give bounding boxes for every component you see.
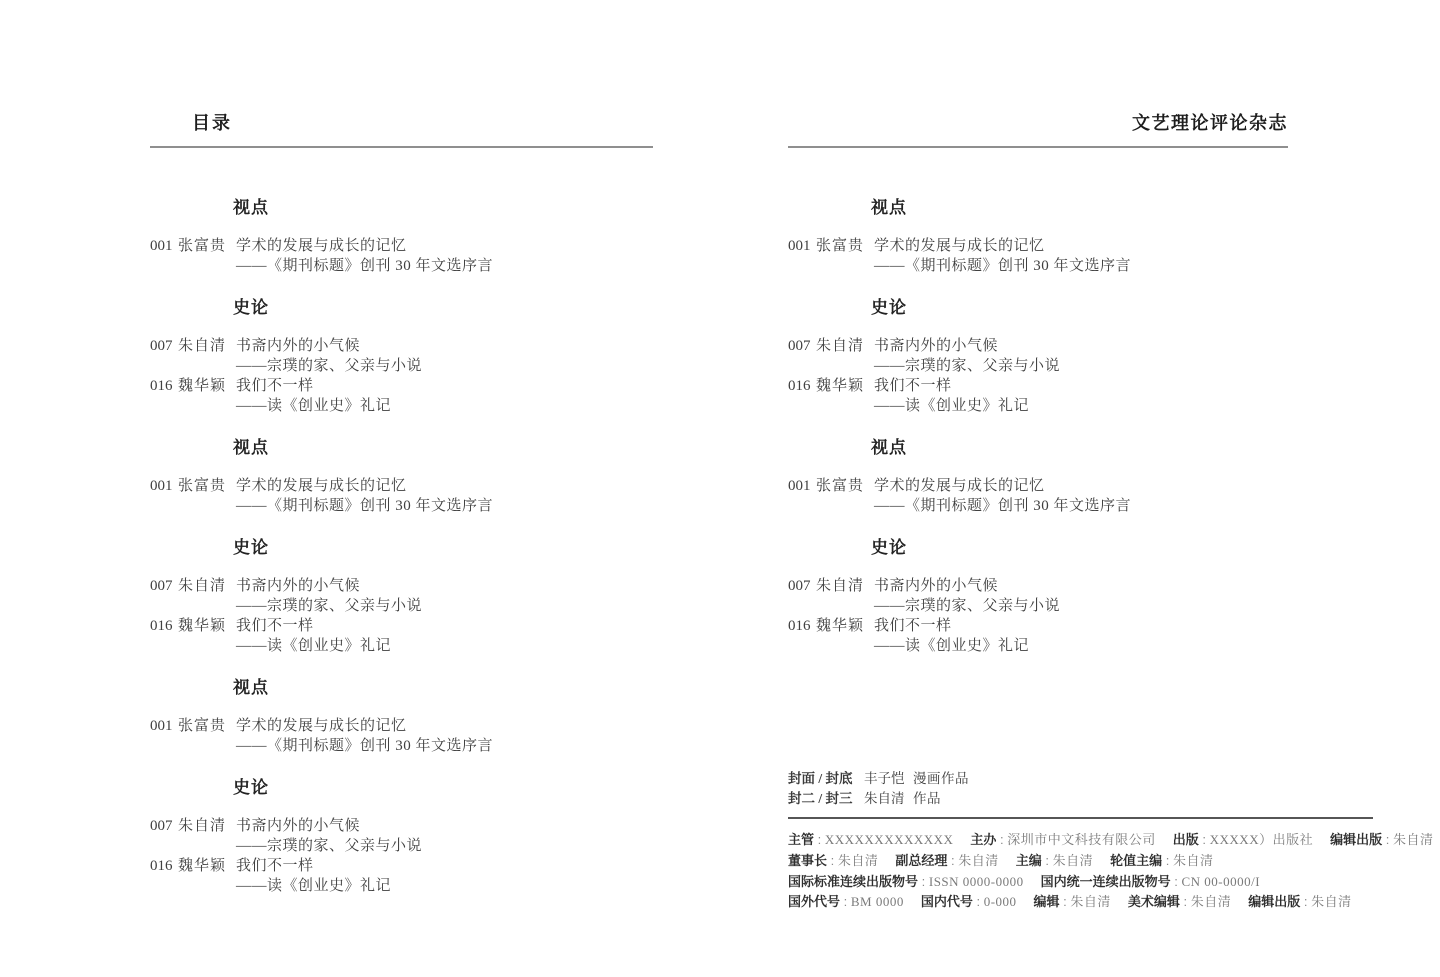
- toc-section-heading: 视点: [233, 196, 653, 220]
- entry-author: 魏华颖: [816, 616, 874, 636]
- masthead-value: BM 0000: [851, 892, 904, 913]
- entry-subtitle: ——宗璞的家、父亲与小说: [874, 596, 1291, 616]
- toc-section-heading: 史论: [233, 296, 653, 320]
- entry-author: 张富贵: [178, 476, 236, 496]
- masthead-label: 国内代号: [921, 892, 984, 913]
- left-page-header: 目录: [150, 112, 653, 148]
- toc-section: 视点 001 张富贵 学术的发展与成长的记忆 ——《期刊标题》创刊 30 年文选…: [150, 676, 653, 756]
- masthead-row: 国际标准连续出版物号ISSN 0000-0000 国内统一连续出版物号CN 00…: [788, 872, 1373, 893]
- masthead-value: XXXXXXXXXXXXX: [825, 830, 954, 851]
- right-page-header: 文艺理论评论杂志: [788, 112, 1288, 148]
- toc-left-column: 视点 001 张富贵 学术的发展与成长的记忆 ——《期刊标题》创刊 30 年文选…: [150, 148, 653, 896]
- entry-title: 学术的发展与成长的记忆: [236, 236, 653, 256]
- entry-page-number: 016: [150, 856, 178, 876]
- toc-entry: 016 魏华颖 我们不一样 ——读《创业史》礼记: [150, 856, 653, 896]
- masthead-label: 副总经理: [895, 851, 958, 872]
- covers-row: 封二 / 封三 朱自清 作品: [788, 789, 969, 809]
- entry-title: 书斋内外的小气候: [874, 576, 1291, 596]
- entry-title: 书斋内外的小气候: [236, 336, 653, 356]
- entry-author: 朱自清: [178, 816, 236, 836]
- toc-entry: 007 朱自清 书斋内外的小气候 ——宗璞的家、父亲与小说: [788, 336, 1291, 376]
- masthead-value: 深圳市中文科技有限公司: [1007, 830, 1156, 851]
- masthead-label: 主编: [1016, 851, 1053, 872]
- masthead-row: 主管XXXXXXXXXXXXX 主办深圳市中文科技有限公司 出版XXXXX）出版…: [788, 830, 1373, 851]
- entry-subtitle: ——《期刊标题》创刊 30 年文选序言: [874, 496, 1291, 516]
- masthead-item: 董事长朱自清: [788, 851, 878, 872]
- entry-author: 朱自清: [178, 576, 236, 596]
- entry-author: 魏华颖: [178, 616, 236, 636]
- masthead-row: 国外代号BM 0000 国内代号0-000 编辑朱自清 美术编辑朱自清 编辑出版…: [788, 892, 1373, 913]
- entry-title: 我们不一样: [874, 616, 1291, 636]
- entry-author: 朱自清: [178, 336, 236, 356]
- toc-entry: 016 魏华颖 我们不一样 ——读《创业史》礼记: [150, 376, 653, 416]
- entry-subtitle: ——宗璞的家、父亲与小说: [236, 596, 653, 616]
- masthead-item: 编辑朱自清: [1034, 892, 1111, 913]
- entry-author: 魏华颖: [816, 376, 874, 396]
- entry-page-number: 001: [788, 236, 816, 256]
- entry-subtitle: ——宗璞的家、父亲与小说: [236, 836, 653, 856]
- masthead-label: 出版: [1173, 830, 1210, 851]
- entry-subtitle: ——读《创业史》礼记: [236, 876, 653, 896]
- entry-title: 我们不一样: [236, 616, 653, 636]
- toc-section-heading: 史论: [233, 536, 653, 560]
- entry-author: 魏华颖: [178, 376, 236, 396]
- masthead-value: 朱自清: [1191, 892, 1232, 913]
- toc-section-heading: 史论: [871, 536, 1291, 560]
- cover-work-title: 作品: [913, 789, 941, 809]
- entry-author: 张富贵: [178, 236, 236, 256]
- entry-page-number: 016: [150, 616, 178, 636]
- entry-subtitle: ——宗璞的家、父亲与小说: [874, 356, 1291, 376]
- masthead-item: 国际标准连续出版物号ISSN 0000-0000: [788, 872, 1024, 893]
- entry-page-number: 001: [150, 716, 178, 736]
- masthead-label: 主管: [788, 830, 825, 851]
- cover-position-label: 封面 / 封底: [788, 769, 864, 789]
- toc-entry: 016 魏华颖 我们不一样 ——读《创业史》礼记: [788, 376, 1291, 416]
- entry-title: 书斋内外的小气候: [236, 576, 653, 596]
- masthead-value: 朱自清: [1070, 892, 1111, 913]
- entry-subtitle: ——读《创业史》礼记: [874, 396, 1291, 416]
- toc-entry: 007 朱自清 书斋内外的小气候 ——宗璞的家、父亲与小说: [150, 336, 653, 376]
- entry-page-number: 007: [150, 816, 178, 836]
- masthead-value: 朱自清: [1053, 851, 1094, 872]
- entry-subtitle: ——读《创业史》礼记: [874, 636, 1291, 656]
- entry-subtitle: ——《期刊标题》创刊 30 年文选序言: [874, 256, 1291, 276]
- entry-page-number: 016: [788, 616, 816, 636]
- masthead-label: 编辑: [1034, 892, 1071, 913]
- masthead-label: 轮值主编: [1110, 851, 1173, 872]
- entry-title: 学术的发展与成长的记忆: [874, 236, 1291, 256]
- masthead-label: 主办: [970, 830, 1007, 851]
- masthead-value: 朱自清: [1393, 830, 1434, 851]
- cover-author: 朱自清: [864, 789, 913, 809]
- toc-section-heading: 视点: [233, 436, 653, 460]
- masthead-item: 主编朱自清: [1016, 851, 1093, 872]
- entry-page-number: 001: [788, 476, 816, 496]
- toc-section: 视点 001 张富贵 学术的发展与成长的记忆 ——《期刊标题》创刊 30 年文选…: [788, 196, 1291, 276]
- toc-section: 视点 001 张富贵 学术的发展与成长的记忆 ——《期刊标题》创刊 30 年文选…: [150, 436, 653, 516]
- toc-right-column: 视点 001 张富贵 学术的发展与成长的记忆 ——《期刊标题》创刊 30 年文选…: [788, 148, 1291, 656]
- magazine-toc-spread: 目录 文艺理论评论杂志 视点 001 张富贵 学术的发展与成长的记忆 ——《期刊…: [0, 0, 1440, 977]
- entry-author: 朱自清: [816, 576, 874, 596]
- entry-subtitle: ——《期刊标题》创刊 30 年文选序言: [236, 736, 653, 756]
- masthead-item: 美术编辑朱自清: [1128, 892, 1231, 913]
- masthead-value: 朱自清: [1173, 851, 1214, 872]
- entry-page-number: 007: [788, 576, 816, 596]
- entry-subtitle: ——宗璞的家、父亲与小说: [236, 356, 653, 376]
- masthead-value: 朱自清: [838, 851, 879, 872]
- entry-subtitle: ——读《创业史》礼记: [236, 396, 653, 416]
- masthead-item: 副总经理朱自清: [895, 851, 998, 872]
- toc-section: 视点 001 张富贵 学术的发展与成长的记忆 ——《期刊标题》创刊 30 年文选…: [150, 196, 653, 276]
- masthead-item: 出版XXXXX）出版社: [1173, 830, 1313, 851]
- toc-section: 史论 007 朱自清 书斋内外的小气候 ——宗璞的家、父亲与小说 016 魏华颖…: [788, 536, 1291, 656]
- masthead-value: 朱自清: [958, 851, 999, 872]
- toc-section: 视点 001 张富贵 学术的发展与成长的记忆 ——《期刊标题》创刊 30 年文选…: [788, 436, 1291, 516]
- toc-entry: 001 张富贵 学术的发展与成长的记忆 ——《期刊标题》创刊 30 年文选序言: [150, 476, 653, 516]
- entry-subtitle: ——《期刊标题》创刊 30 年文选序言: [236, 256, 653, 276]
- entry-title: 学术的发展与成长的记忆: [874, 476, 1291, 496]
- masthead-item: 主办深圳市中文科技有限公司: [970, 830, 1155, 851]
- entry-title: 我们不一样: [874, 376, 1291, 396]
- toc-entry: 007 朱自清 书斋内外的小气候 ——宗璞的家、父亲与小说: [788, 576, 1291, 616]
- entry-page-number: 016: [788, 376, 816, 396]
- covers-row: 封面 / 封底 丰子恺 漫画作品: [788, 769, 969, 789]
- toc-section: 史论 007 朱自清 书斋内外的小气候 ——宗璞的家、父亲与小说 016 魏华颖…: [788, 296, 1291, 416]
- entry-author: 张富贵: [816, 236, 874, 256]
- entry-subtitle: ——读《创业史》礼记: [236, 636, 653, 656]
- masthead-row: 董事长朱自清 副总经理朱自清 主编朱自清 轮值主编朱自清: [788, 851, 1373, 872]
- entry-title: 书斋内外的小气候: [874, 336, 1291, 356]
- toc-page-title: 目录: [192, 112, 653, 135]
- masthead-item: 国外代号BM 0000: [788, 892, 904, 913]
- toc-entry: 001 张富贵 学术的发展与成长的记忆 ——《期刊标题》创刊 30 年文选序言: [788, 476, 1291, 516]
- toc-section-heading: 视点: [233, 676, 653, 700]
- masthead-label: 国际标准连续出版物号: [788, 872, 929, 893]
- entry-page-number: 007: [150, 576, 178, 596]
- entry-author: 朱自清: [816, 336, 874, 356]
- masthead-block: 主管XXXXXXXXXXXXX 主办深圳市中文科技有限公司 出版XXXXX）出版…: [788, 817, 1373, 913]
- entry-author: 张富贵: [178, 716, 236, 736]
- toc-entry: 001 张富贵 学术的发展与成长的记忆 ——《期刊标题》创刊 30 年文选序言: [788, 236, 1291, 276]
- entry-subtitle: ——《期刊标题》创刊 30 年文选序言: [236, 496, 653, 516]
- cover-author: 丰子恺: [864, 769, 913, 789]
- toc-entry: 007 朱自清 书斋内外的小气候 ——宗璞的家、父亲与小说: [150, 816, 653, 856]
- toc-entry: 001 张富贵 学术的发展与成长的记忆 ——《期刊标题》创刊 30 年文选序言: [150, 236, 653, 276]
- masthead-item: 编辑出版朱自清: [1330, 830, 1433, 851]
- toc-section-heading: 史论: [233, 776, 653, 800]
- entry-page-number: 007: [150, 336, 178, 356]
- covers-block: 封面 / 封底 丰子恺 漫画作品 封二 / 封三 朱自清 作品: [788, 769, 969, 809]
- entry-page-number: 001: [150, 476, 178, 496]
- masthead-value: XXXXX）出版社: [1210, 830, 1313, 851]
- entry-title: 书斋内外的小气候: [236, 816, 653, 836]
- entry-title: 学术的发展与成长的记忆: [236, 716, 653, 736]
- masthead-value: CN 00-0000/I: [1181, 872, 1260, 893]
- masthead-item: 主管XXXXXXXXXXXXX: [788, 830, 953, 851]
- toc-section: 史论 007 朱自清 书斋内外的小气候 ——宗璞的家、父亲与小说 016 魏华颖…: [150, 296, 653, 416]
- toc-section-heading: 视点: [871, 436, 1291, 460]
- masthead-value: ISSN 0000-0000: [929, 872, 1024, 893]
- toc-section: 史论 007 朱自清 书斋内外的小气候 ——宗璞的家、父亲与小说 016 魏华颖…: [150, 536, 653, 656]
- masthead-label: 编辑出版: [1248, 892, 1311, 913]
- entry-page-number: 007: [788, 336, 816, 356]
- cover-position-label: 封二 / 封三: [788, 789, 864, 809]
- toc-entry: 016 魏华颖 我们不一样 ——读《创业史》礼记: [788, 616, 1291, 656]
- masthead-label: 国外代号: [788, 892, 851, 913]
- entry-title: 我们不一样: [236, 376, 653, 396]
- entry-author: 张富贵: [816, 476, 874, 496]
- masthead-value: 0-000: [984, 892, 1017, 913]
- toc-section: 史论 007 朱自清 书斋内外的小气候 ——宗璞的家、父亲与小说 016 魏华颖…: [150, 776, 653, 896]
- masthead-item: 国内代号0-000: [921, 892, 1017, 913]
- masthead-label: 国内统一连续出版物号: [1041, 872, 1182, 893]
- cover-work-title: 漫画作品: [913, 769, 969, 789]
- masthead-label: 编辑出版: [1330, 830, 1393, 851]
- entry-page-number: 016: [150, 376, 178, 396]
- toc-section-heading: 视点: [871, 196, 1291, 220]
- entry-author: 魏华颖: [178, 856, 236, 876]
- entry-page-number: 001: [150, 236, 178, 256]
- toc-section-heading: 史论: [871, 296, 1291, 320]
- masthead-value: 朱自清: [1311, 892, 1352, 913]
- masthead-item: 轮值主编朱自清: [1110, 851, 1213, 872]
- entry-title: 学术的发展与成长的记忆: [236, 476, 653, 496]
- journal-title: 文艺理论评论杂志: [788, 112, 1288, 135]
- masthead-label: 美术编辑: [1128, 892, 1191, 913]
- toc-entry: 001 张富贵 学术的发展与成长的记忆 ——《期刊标题》创刊 30 年文选序言: [150, 716, 653, 756]
- entry-title: 我们不一样: [236, 856, 653, 876]
- masthead-label: 董事长: [788, 851, 838, 872]
- masthead-item: 编辑出版朱自清: [1248, 892, 1351, 913]
- toc-entry: 016 魏华颖 我们不一样 ——读《创业史》礼记: [150, 616, 653, 656]
- toc-entry: 007 朱自清 书斋内外的小气候 ——宗璞的家、父亲与小说: [150, 576, 653, 616]
- masthead-item: 国内统一连续出版物号CN 00-0000/I: [1041, 872, 1260, 893]
